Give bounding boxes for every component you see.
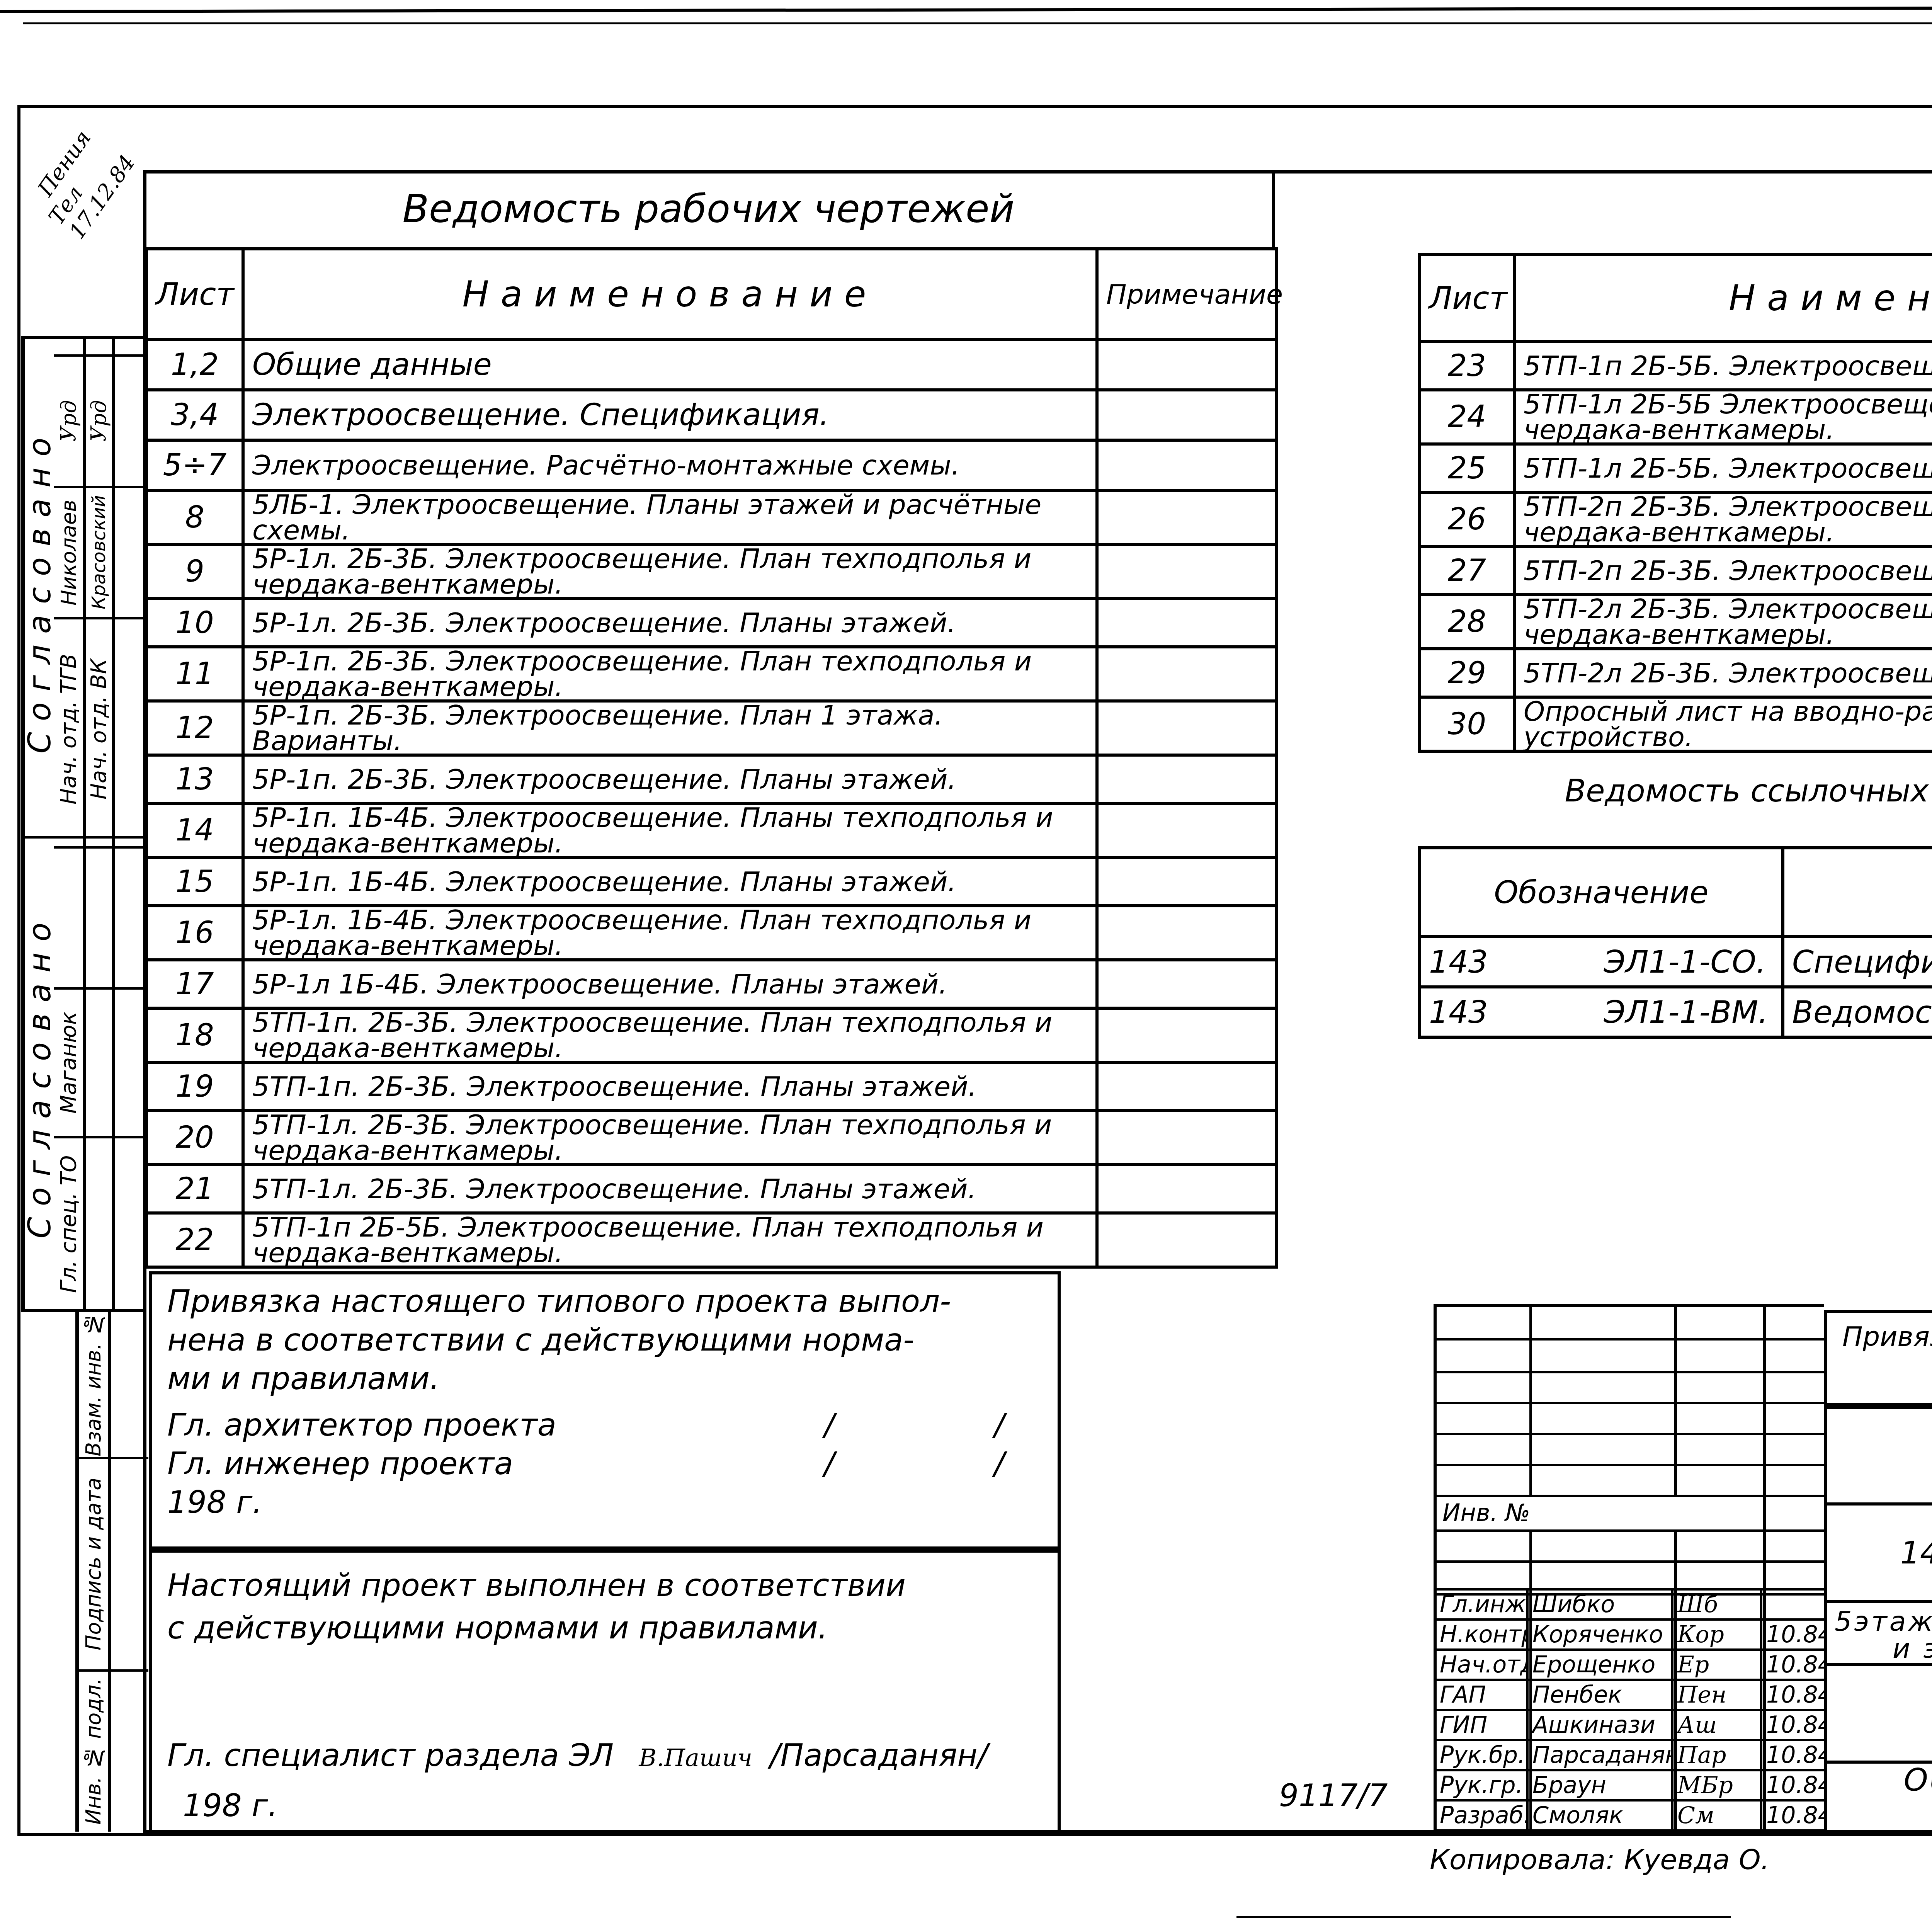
specialist-signature: В.Пашич	[639, 1744, 753, 1772]
chief-engineer-label: Гл. инженер проекта	[167, 1446, 513, 1482]
approver-name: Красовский	[84, 490, 113, 615]
table-row: 185ТП-1п. 2Б-3Б. Электроосвещение. План …	[146, 1008, 1277, 1062]
table-row: 85ЛБ-1. Электроосвещение. Планы этажей и…	[146, 490, 1277, 544]
table-row: 195ТП-1п. 2Б-3Б. Электроосвещение. Планы…	[146, 1062, 1277, 1111]
year-label: 198 г.	[183, 1785, 278, 1827]
role-label: Нач. отд. ТГВ	[54, 621, 83, 837]
bound-label: Привязан	[1842, 1321, 1932, 1352]
approval-block-2: Согласовано Гл. спец. ТО Маганюк	[21, 839, 143, 1312]
table-row: 5÷7Электроосвещение. Расчётно-монтажные …	[146, 440, 1277, 490]
table-row: 125Р-1п. 2Б-3Б. Электроосвещение. План 1…	[146, 701, 1277, 755]
col-header-sheet: Лист	[1420, 255, 1514, 342]
specialist-name: /Парсаданян/	[770, 1737, 988, 1773]
table-row: 245ТП-1л 2Б-5Б Электроосвещение. План те…	[1420, 390, 1932, 444]
table-row: 275ТП-2п 2Б-3Б. Электроосвещение. План э…	[1420, 546, 1932, 595]
table-row: 285ТП-2л 2Б-3Б. Электроосвещение. План т…	[1420, 595, 1932, 649]
table-row: 135Р-1п. 2Б-3Б. Электроосвещение. Планы …	[146, 755, 1277, 803]
table-row: 215ТП-1л. 2Б-3Б. Электроосвещение. Планы…	[146, 1165, 1277, 1213]
table-row: 255ТП-1л 2Б-5Б. Электроосвещение. Планы …	[1420, 444, 1932, 492]
project-title-line2: и элементы блокировки.	[1835, 1635, 1932, 1662]
drawing-title-line1: Общие данные	[1827, 1764, 1932, 1797]
table-row: 115Р-1п. 2Б-3Б. Электроосвещение. План т…	[146, 647, 1277, 701]
inventory-number-label: Инв. №	[1442, 1499, 1530, 1527]
signature-row: ГИПАшкиназиАш10.84	[1435, 1710, 1825, 1740]
approval-block-1: Согласовано Нач. отд. ТГВ Нач. отд. ВК Н…	[21, 336, 143, 839]
table-row: 145Р-1п. 1Б-4Б. Электроосвещение. Планы …	[146, 803, 1277, 857]
stamp-strip: Взам. инв. № Подпись и дата Инв. № подл.	[75, 1312, 145, 1832]
table-row: 205ТП-1л. 2Б-3Б. Электроосвещение. План …	[146, 1111, 1277, 1165]
col-header-name: Наименование	[243, 249, 1097, 340]
signature-row: Нач.отд.ЕрощенкоЕр10.84	[1435, 1650, 1825, 1680]
chief-architect-label: Гл. архитектор проекта	[167, 1407, 556, 1443]
table-row: 175Р-1л 1Б-4Б. Электроосвещение. Планы э…	[146, 960, 1277, 1008]
ref-docs-title: Ведомость ссылочных и прилагаемых докуме…	[1418, 773, 1932, 809]
left-table-title: Ведомость рабочих чертежей	[145, 170, 1275, 247]
table-row: 143ЭЛ1-1-СО. Спецификация оборудования	[1420, 937, 1932, 987]
col-header-designation: Обозначение	[1420, 848, 1783, 937]
table-row: 295ТП-2л 2Б-3Б. Электроосвещение. Планы …	[1420, 649, 1932, 697]
table-row: 3,4Электроосвещение. Спецификация.	[146, 390, 1277, 440]
table-row: 95Р-1л. 2Б-3Б. Электроосвещение. План те…	[146, 544, 1277, 599]
left-table: Лист Наименование Примечание 1,2Общие да…	[145, 247, 1278, 1269]
signature-row: Гл.инж.ШибкоШб	[1435, 1589, 1825, 1619]
role-label: Нач. отд. ВК	[84, 621, 113, 837]
table-row: 155Р-1п. 1Б-4Б. Электроосвещение. Планы …	[146, 857, 1277, 906]
signature-row: Рук.гр.БраунМБр10.84	[1435, 1770, 1825, 1800]
year-label: 198 г.	[167, 1483, 1042, 1522]
scan-edge-line	[0, 5, 1932, 13]
approved-label: Согласовано	[21, 839, 54, 1312]
binding-box: Привязка настоящего типового проекта вып…	[149, 1271, 1061, 1550]
project-title-line1: 5этажные жилые и лестничные блоки	[1835, 1608, 1932, 1635]
drawing-title-line2: (начало)	[1827, 1797, 1932, 1830]
archive-number: 9117/7	[1279, 1778, 1388, 1813]
table-row: 235ТП-1п 2Б-5Б. Электроосвещение. Планы …	[1420, 342, 1932, 390]
bottom-scan-line	[1236, 1916, 1731, 1918]
specialist-label: Гл. специалист раздела ЭЛ	[167, 1737, 614, 1773]
signature-row: Н.контр.КоряченкоКор10.84	[1435, 1619, 1825, 1650]
scan-edge-line	[23, 22, 1932, 24]
col-header-name: Наименование	[1783, 848, 1932, 937]
table-row: 1,2Общие данные	[146, 340, 1277, 390]
table-row: 225ТП-1п 2Б-5Б. Электроосвещение. План т…	[146, 1213, 1277, 1267]
ref-docs-table: Обозначение Наименование Примечание 143Э…	[1418, 846, 1932, 1039]
approved-label: Согласовано	[21, 339, 54, 841]
signature-table: Гл.инж.ШибкоШб Н.контр.КоряченкоКор10.84…	[1434, 1588, 1826, 1832]
compliance-box: Настоящий проект выполнен в соответствии…	[149, 1550, 1061, 1834]
table-row: 143ЭЛ1-1-ВМ. Ведомость материалов	[1420, 987, 1932, 1037]
approver-signature: Урд	[84, 358, 113, 484]
left-drawing-list: Ведомость рабочих чертежей Лист Наименов…	[145, 170, 1275, 1269]
table-row: 265ТП-2п 2Б-3Б. Электроосвещение. План т…	[1420, 492, 1932, 546]
signature-row: ГАППенбекПен10.84	[1435, 1680, 1825, 1710]
signature-row: Разраб.СмолякСм10.84г	[1435, 1800, 1825, 1830]
approver-name: Маганюк	[54, 989, 83, 1136]
table-row: 165Р-1л. 1Б-4Б. Электроосвещение. План т…	[146, 906, 1277, 960]
col-header-name: Наименование	[1514, 255, 1932, 342]
stamp-label-original-inv: Инв. № подл.	[79, 1671, 108, 1832]
table-row: 30Опросный лист на вводно-распределитель…	[1420, 697, 1932, 751]
col-header-sheet: Лист	[146, 249, 243, 340]
col-header-note: Примечание	[1097, 249, 1277, 340]
table-row: 105Р-1л. 2Б-3Б. Электроосвещение. Планы …	[146, 599, 1277, 647]
role-label: Гл. спец. ТО	[54, 1138, 83, 1310]
right-table: Лист Наименование Примечание 235ТП-1п 2Б…	[1418, 253, 1932, 753]
copied-by: Копировала: Куевда О.	[1430, 1843, 1769, 1876]
signature-row: Рук.бр.ПарсаданянПар10.84г	[1435, 1740, 1825, 1770]
approver-name: Николаев	[54, 490, 83, 615]
stamp-label-replaced-inv: Взам. инв. №	[79, 1312, 108, 1457]
title-block-main: Привязан 143-020С.85 ЭЛ1-1 5этажные жилы…	[1824, 1310, 1932, 1830]
approver-signature: Урд	[54, 358, 83, 484]
project-code: 143-020С.85	[1900, 1535, 1932, 1571]
stamp-label-signature-date: Подпись и дата	[79, 1459, 108, 1669]
